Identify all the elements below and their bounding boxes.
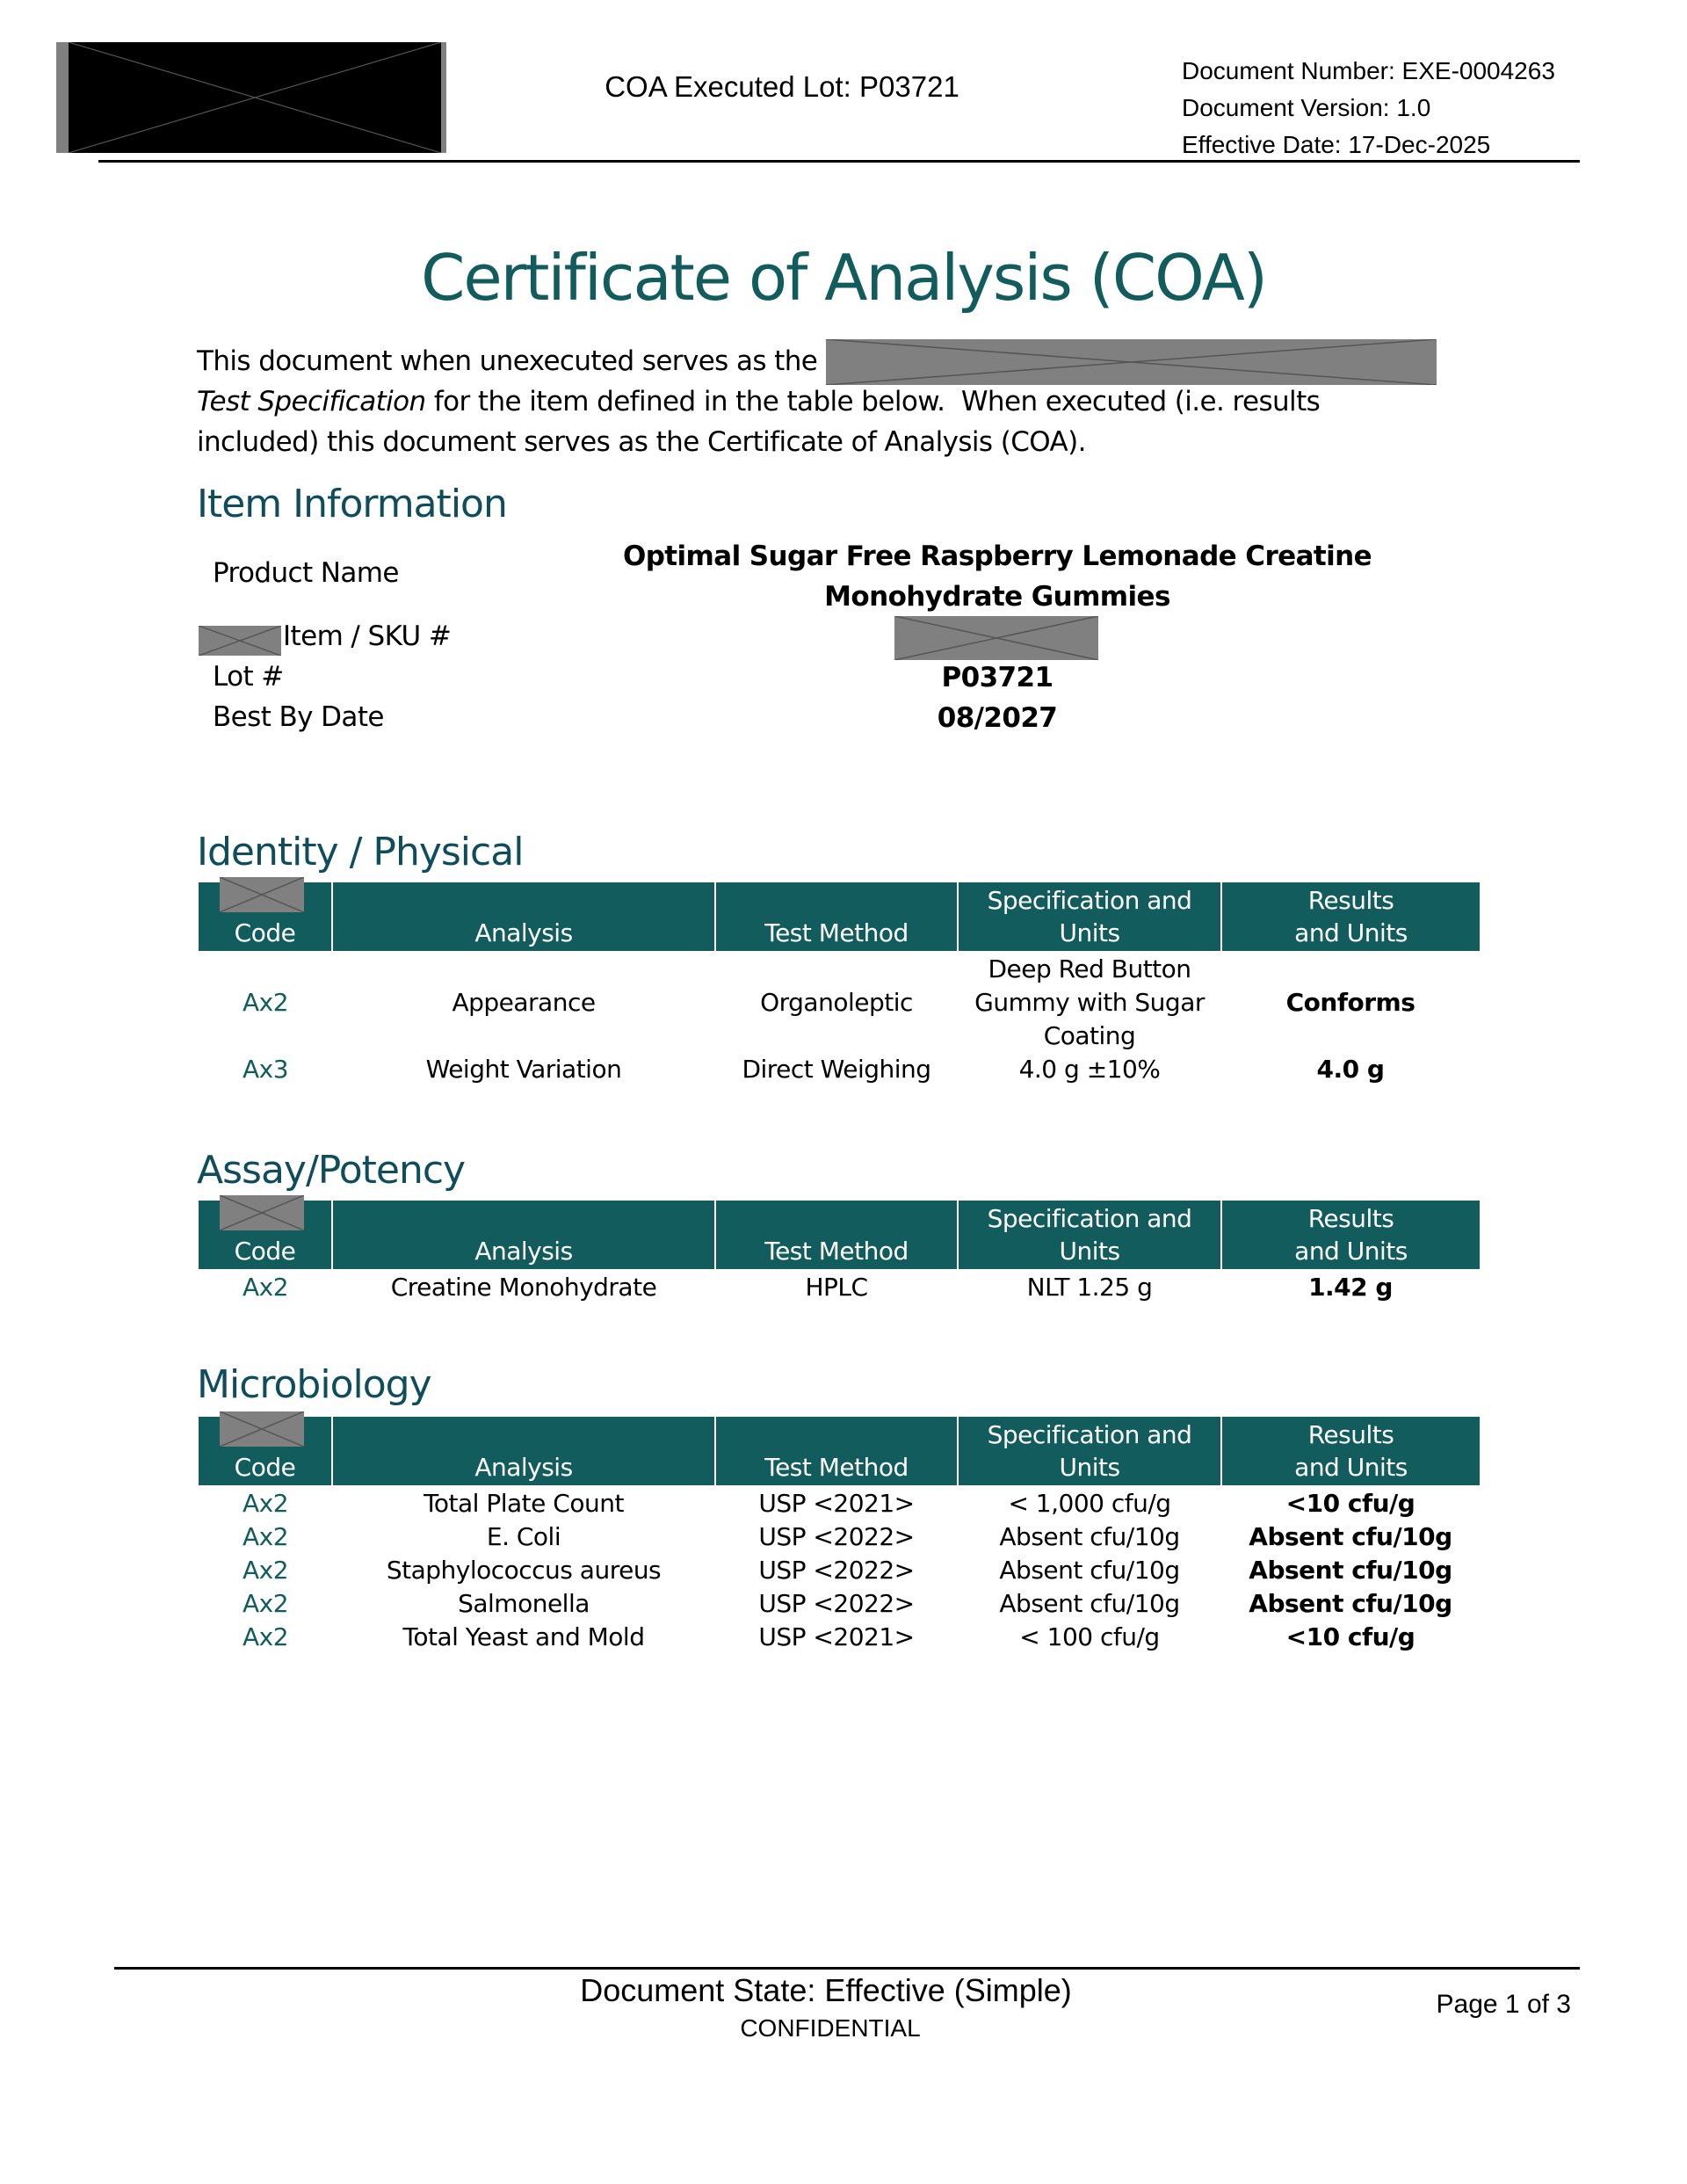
row-test-method: USP <2021> [715,1485,958,1520]
row-code: Ax2 [199,951,332,1053]
row-result: <10 cfu/g [1221,1621,1480,1654]
redacted-header-icon [220,1411,304,1447]
row-specification: < 1,000 cfu/g [958,1485,1221,1520]
row-test-method: Direct Weighing [715,1053,958,1086]
row-code: Ax2 [199,1621,332,1654]
row-analysis: Appearance [332,951,715,1053]
col-test-method: Test Method [715,1417,958,1485]
best-by-label: Best By Date [213,701,384,733]
page-title: Certificate of Analysis (COA) [0,241,1687,315]
row-code: Ax2 [199,1485,332,1520]
col-code: Code [199,1417,332,1485]
col-results: Resultsand Units [1221,882,1480,951]
redacted-text-icon [826,339,1437,385]
row-test-method: HPLC [715,1269,958,1304]
col-analysis: Analysis [332,1201,715,1269]
intro-line-2: for the item defined in the table below.… [426,386,1321,417]
row-code: Ax2 [199,1269,332,1304]
row-analysis: Staphylococcus aureus [332,1554,715,1587]
redacted-header-icon [220,1195,304,1230]
microbiology-table: CodeAnalysisTest MethodSpecification and… [199,1417,1480,1654]
best-by-value: 08/2027 [597,698,1397,738]
table-row: Ax2Staphylococcus aureusUSP <2022>Absent… [199,1554,1480,1587]
col-test-method: Test Method [715,1201,958,1269]
table-row: Ax2SalmonellaUSP <2022>Absent cfu/10gAbs… [199,1587,1480,1621]
header-divider [98,160,1580,163]
col-results: Resultsand Units [1221,1417,1480,1485]
product-name-value: Optimal Sugar Free Raspberry Lemonade Cr… [597,536,1397,617]
section-title-identity: Identity / Physical [197,830,523,874]
assay-table: CodeAnalysisTest MethodSpecification and… [199,1201,1480,1304]
table-header-row: CodeAnalysisTest MethodSpecification and… [199,1417,1480,1485]
row-test-method: USP <2022> [715,1520,958,1554]
table-header-row: CodeAnalysisTest MethodSpecification and… [199,882,1480,951]
col-specification: Specification andUnits [958,1417,1221,1485]
redacted-sku-icon [894,616,1098,660]
row-analysis: E. Coli [332,1520,715,1554]
col-specification: Specification andUnits [958,1201,1221,1269]
row-specification: < 100 cfu/g [958,1621,1221,1654]
row-test-method: USP <2022> [715,1587,958,1621]
row-result: Absent cfu/10g [1221,1587,1480,1621]
section-title-item-information: Item Information [197,482,507,526]
row-specification: Deep Red Button Gummy with Sugar Coating [958,951,1221,1053]
table-row: Ax2E. ColiUSP <2022>Absent cfu/10gAbsent… [199,1520,1480,1554]
col-results: Resultsand Units [1221,1201,1480,1269]
table-row: Ax2Total Yeast and MoldUSP <2021>< 100 c… [199,1621,1480,1654]
table-row: Ax2Total Plate CountUSP <2021>< 1,000 cf… [199,1485,1480,1520]
col-code: Code [199,882,332,951]
row-code: Ax2 [199,1554,332,1587]
row-specification: 4.0 g ±10% [958,1053,1221,1086]
row-result: <10 cfu/g [1221,1485,1480,1520]
intro-paragraph: This document when unexecuted serves as … [197,341,1444,462]
row-code: Ax2 [199,1587,332,1621]
row-specification: Absent cfu/10g [958,1520,1221,1554]
row-test-method: Organoleptic [715,951,958,1053]
row-analysis: Total Plate Count [332,1485,715,1520]
document-state: Document State: Effective (Simple) [0,1969,1652,2013]
redacted-header-icon [220,877,304,912]
row-result: Conforms [1221,951,1480,1053]
row-result: Absent cfu/10g [1221,1554,1480,1587]
row-test-method: USP <2022> [715,1554,958,1587]
document-meta: Document Number: EXE-0004263 Document Ve… [1182,53,1555,163]
effective-date: Effective Date: 17-Dec-2025 [1182,127,1555,163]
col-analysis: Analysis [332,1417,715,1485]
header-title: COA Executed Lot: P03721 [492,70,1072,104]
row-specification: NLT 1.25 g [958,1269,1221,1304]
section-title-microbiology: Microbiology [197,1362,431,1407]
row-result: 1.42 g [1221,1269,1480,1304]
col-test-method: Test Method [715,882,958,951]
row-analysis: Weight Variation [332,1053,715,1086]
col-specification: Specification andUnits [958,882,1221,951]
row-analysis: Salmonella [332,1587,715,1621]
col-code: Code [199,1201,332,1269]
redacted-label-icon [199,626,281,656]
row-result: Absent cfu/10g [1221,1520,1480,1554]
row-analysis: Total Yeast and Mold [332,1621,715,1654]
section-title-assay: Assay/Potency [197,1148,465,1193]
row-code: Ax3 [199,1053,332,1086]
row-result: 4.0 g [1221,1053,1480,1086]
lot-value: P03721 [597,657,1397,698]
row-specification: Absent cfu/10g [958,1554,1221,1587]
sku-label: Item / SKU # [283,620,451,652]
product-name-label: Product Name [213,557,399,589]
page-number: Page 1 of 3 [1423,1990,1571,2020]
lot-label: Lot # [213,661,284,693]
document-version: Document Version: 1.0 [1182,90,1555,127]
table-row: Ax2AppearanceOrganolepticDeep Red Button… [199,951,1480,1053]
col-analysis: Analysis [332,882,715,951]
intro-line-1: This document when unexecuted serves as … [197,345,817,377]
table-row: Ax2Creatine MonohydrateHPLCNLT 1.25 g1.4… [199,1269,1480,1304]
table-header-row: CodeAnalysisTest MethodSpecification and… [199,1201,1480,1269]
row-code: Ax2 [199,1520,332,1554]
row-test-method: USP <2021> [715,1621,958,1654]
row-analysis: Creatine Monohydrate [332,1269,715,1304]
intro-italic-term: Test Specification [197,386,426,417]
document-number: Document Number: EXE-0004263 [1182,53,1555,90]
redacted-logo-icon [56,42,446,153]
intro-line-3: included) this document serves as the Ce… [197,426,1086,458]
confidential-label: CONFIDENTIAL [0,2014,1661,2043]
row-specification: Absent cfu/10g [958,1587,1221,1621]
table-row: Ax3Weight VariationDirect Weighing4.0 g … [199,1053,1480,1086]
identity-table: CodeAnalysisTest MethodSpecification and… [199,882,1480,1086]
